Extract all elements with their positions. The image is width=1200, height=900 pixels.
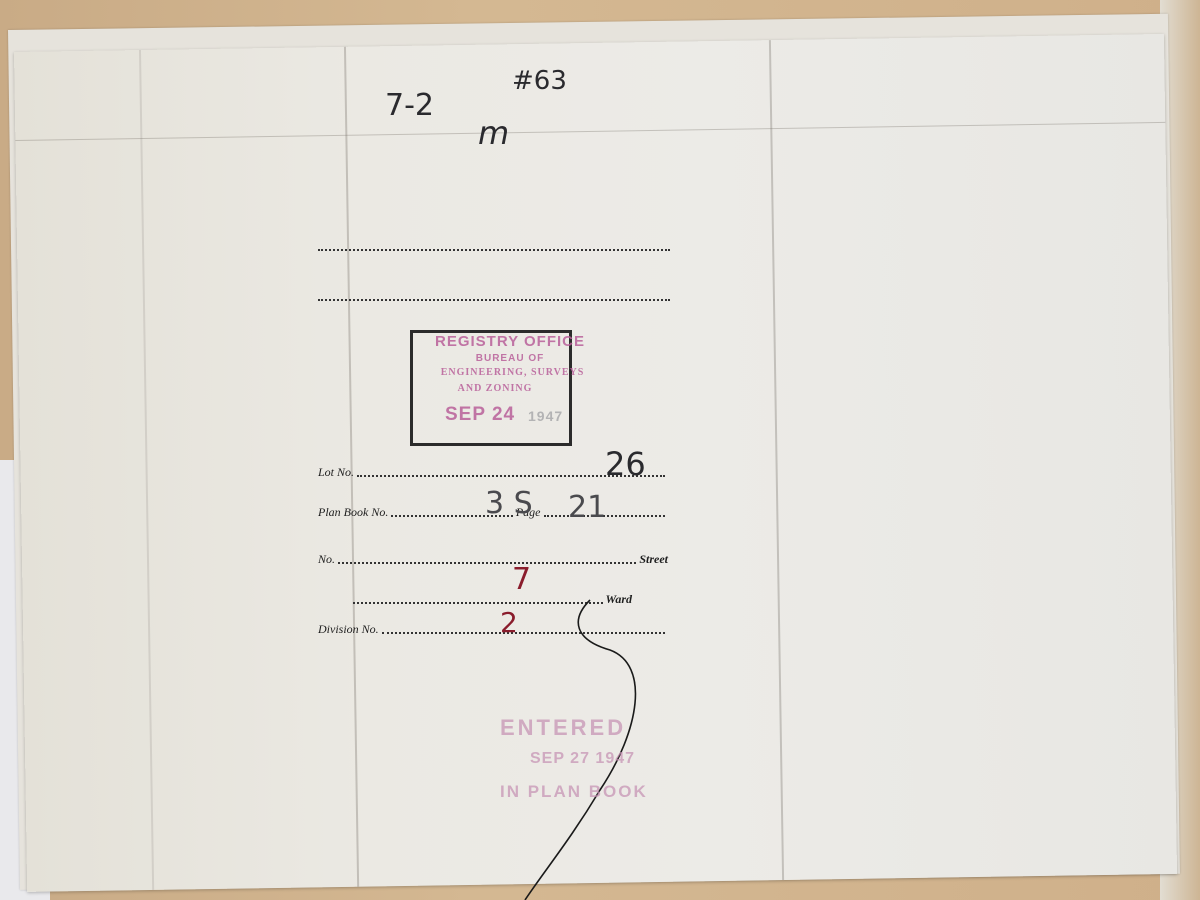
- stamp-entered: ENTERED: [500, 715, 626, 741]
- stamp-entered-date: SEP 27 1947: [530, 750, 635, 768]
- stamp-plan-book: IN PLAN BOOK: [500, 782, 648, 802]
